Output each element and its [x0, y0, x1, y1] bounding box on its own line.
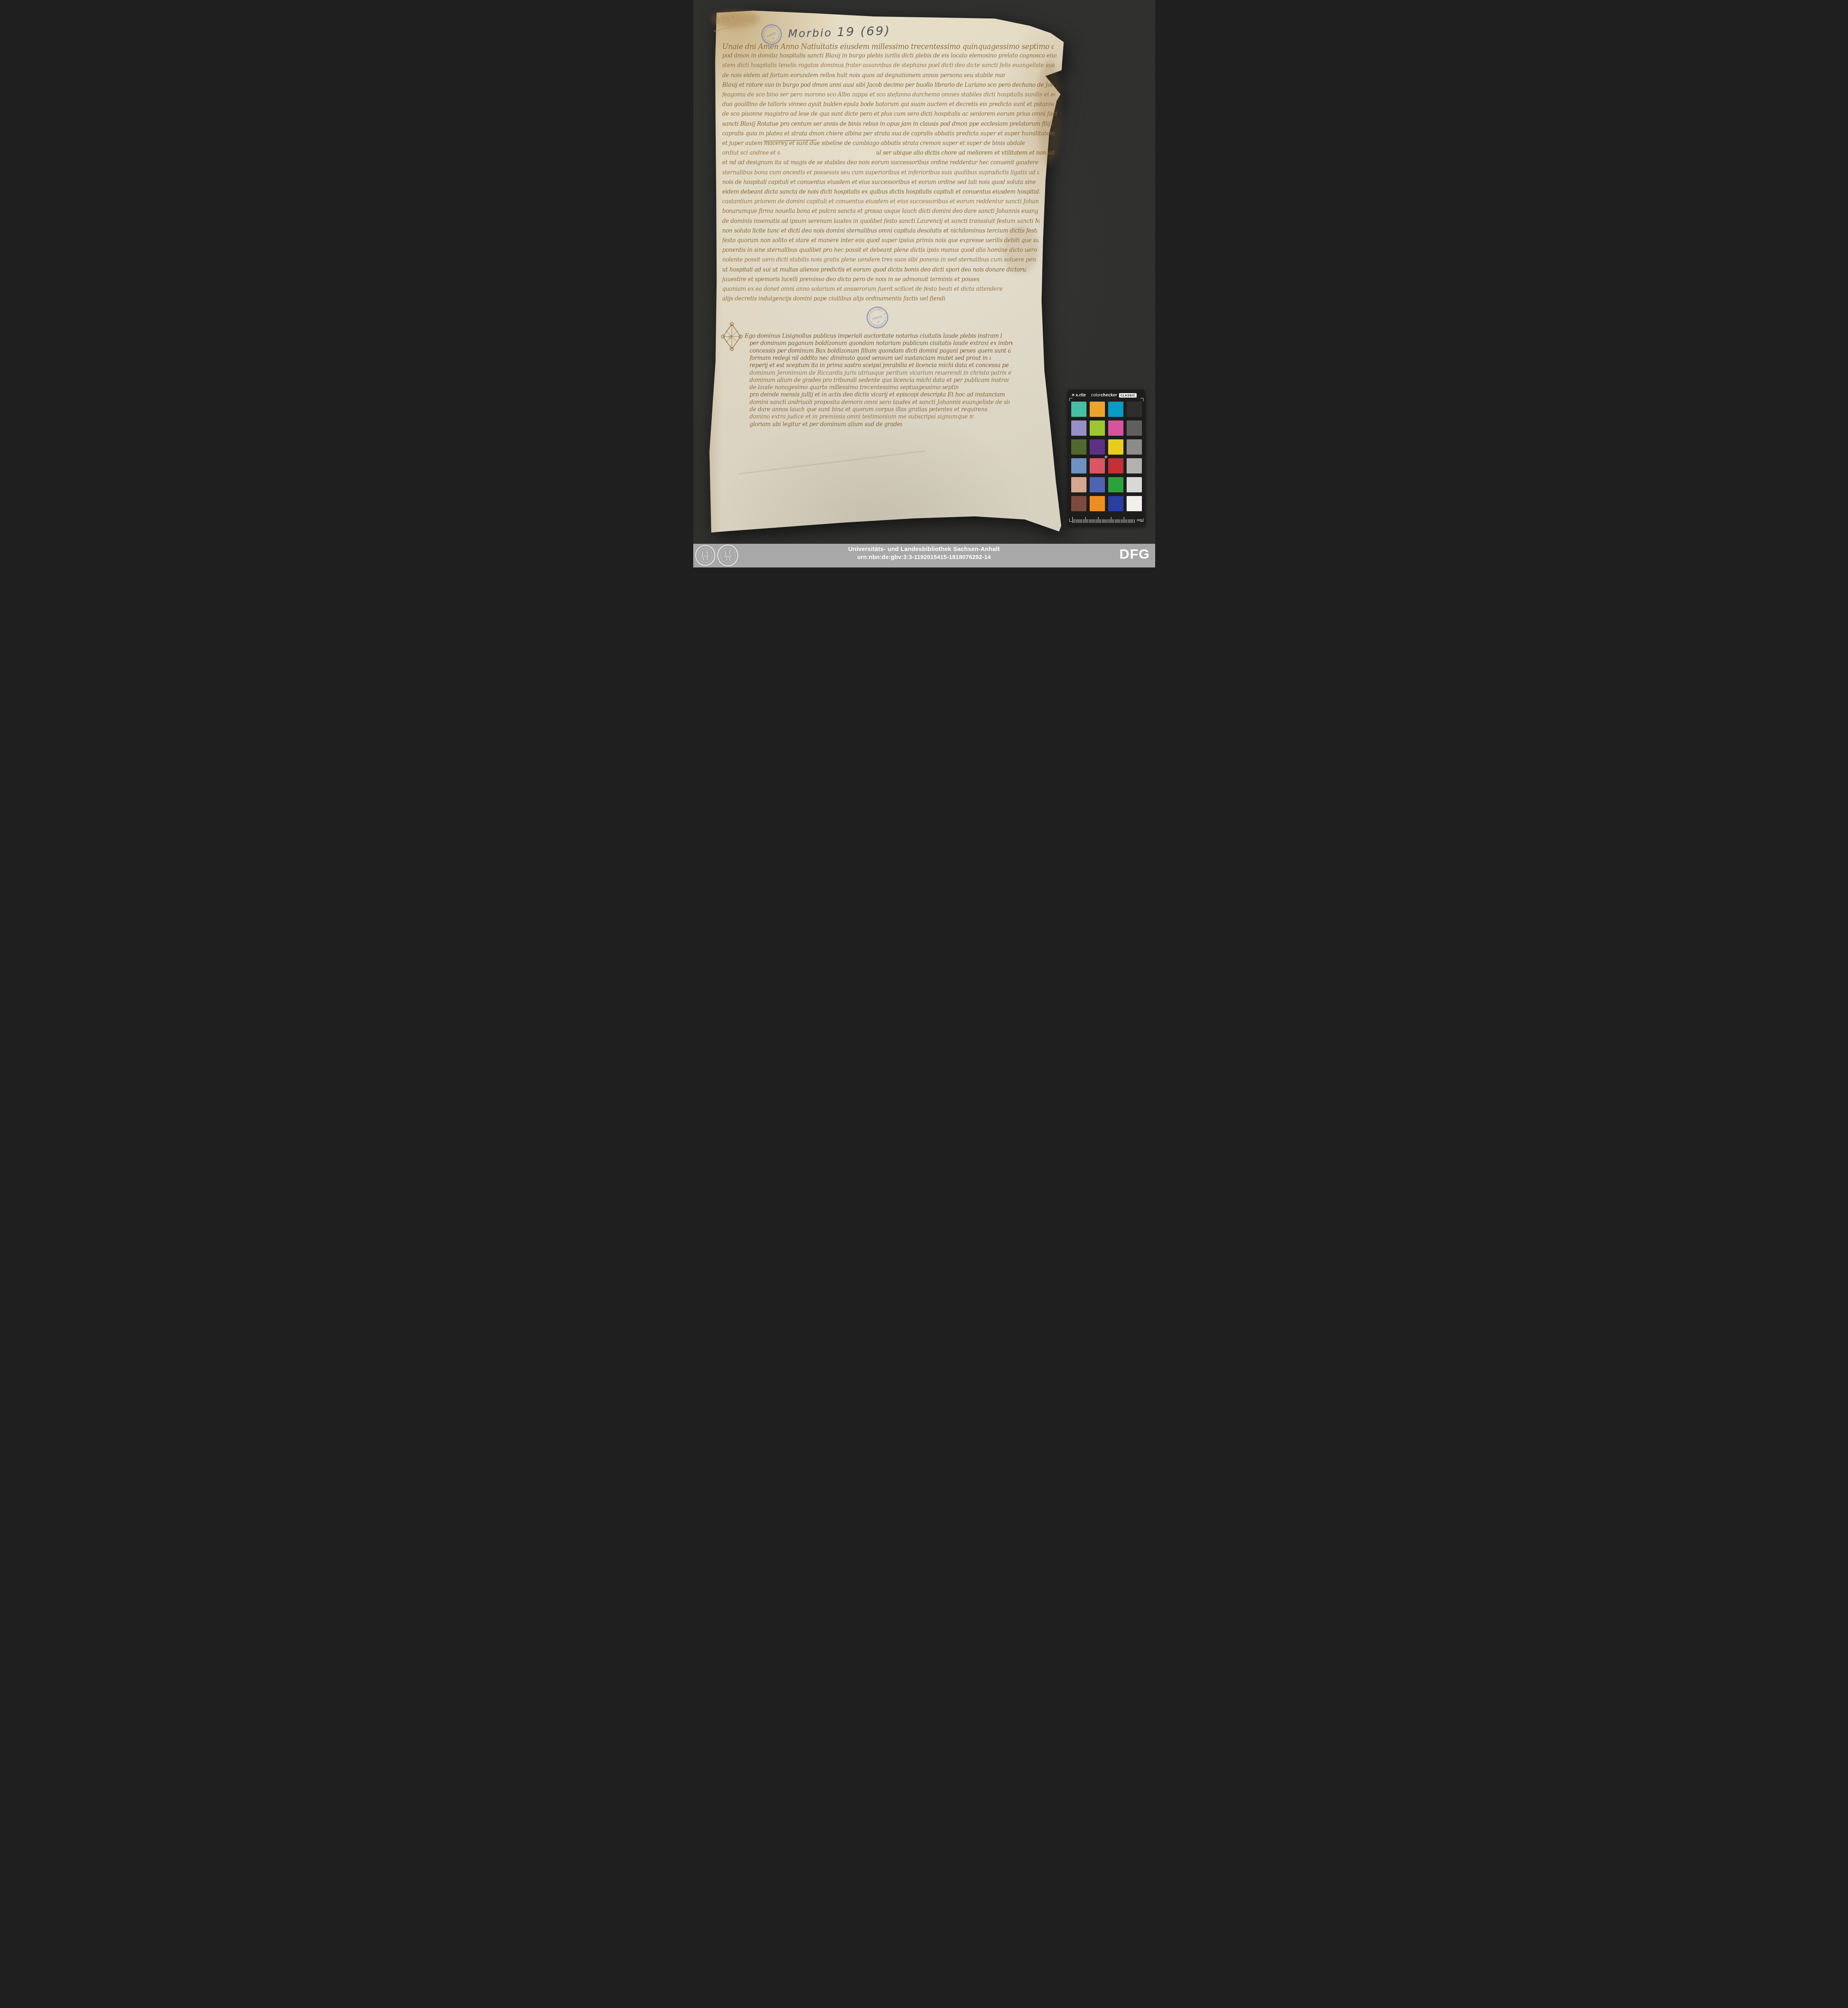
color-patch — [1071, 439, 1086, 455]
shelfmark-name: Morbio — [788, 27, 832, 40]
footer-text: Universitäts- und Landesbibliothek Sachs… — [693, 546, 1155, 561]
color-patch — [1108, 402, 1123, 417]
svg-text:✱: ✱ — [772, 37, 774, 40]
shelfmark-pencil-annotation: Morbio 19 (69) — [788, 24, 890, 41]
color-patch — [1108, 420, 1123, 436]
color-patch — [1108, 458, 1123, 473]
registration-bracket-icon — [1140, 398, 1144, 401]
mm-ruler — [1072, 517, 1135, 523]
color-patch — [1127, 420, 1142, 436]
manuscript-line: quoniam ex ea donet omni anno solarium e… — [722, 285, 1003, 294]
product-regular: color — [1091, 393, 1101, 398]
dfg-logo: DFG — [1119, 547, 1150, 562]
colorchecker-header: ✕ x-rite colorchecker CLASSIC — [1072, 392, 1143, 398]
color-patch — [1127, 439, 1142, 455]
color-patch — [1127, 458, 1142, 473]
color-patch — [1090, 402, 1105, 417]
xrite-brand-label: x-rite — [1076, 393, 1086, 398]
color-patch — [1071, 458, 1086, 473]
color-patch — [1071, 420, 1086, 436]
color-patch — [1127, 402, 1142, 417]
manuscript-line: Blaxij et ratore suo in burgo pod dmon a… — [722, 81, 1053, 90]
manuscript-line: et nd ad designum ita ut magis de se sta… — [722, 158, 1039, 167]
color-patch — [1108, 496, 1123, 511]
manuscript-line: sternalibus bona cum ancestis et possess… — [722, 168, 1039, 177]
xrite-logo-icon: ✕ — [1072, 393, 1075, 398]
center-cross-mark-icon: + — [1104, 455, 1109, 459]
svg-text:d.: d. — [729, 334, 733, 340]
urn-identifier: urn:nbn:de:gbv:3:3-1192015415-1818076292… — [693, 554, 1155, 561]
color-patch — [1090, 420, 1105, 436]
manuscript-line: gloriam ubi legitur et per dominum alium… — [749, 420, 902, 429]
color-patch — [1090, 458, 1105, 473]
ruler-unit-label: mm — [1137, 518, 1142, 522]
registration-bracket-icon — [1069, 518, 1072, 522]
color-patch — [1108, 439, 1123, 455]
svg-text:Halle/S.: Halle/S. — [766, 31, 777, 39]
manuscript-line: capralis quia in platea et strata dmon c… — [722, 129, 1055, 138]
manuscript-line: pod dmon in domibz hospitalis sancti Bla… — [722, 51, 1057, 60]
manuscript-line: de dominis insematis ad ipsum serenum la… — [722, 217, 1039, 226]
ruler-minor-ticks — [1072, 519, 1135, 523]
color-patch — [1071, 477, 1086, 492]
manuscript-line: alijs decretis indulgencijs domini pape … — [722, 294, 945, 303]
manuscript-line: de sco pisonne magistro ad lese de qua s… — [722, 110, 1057, 118]
manuscript-line: sancti Blaxij Rotatue pro centum ser ann… — [722, 120, 1053, 129]
color-patch — [1090, 496, 1105, 511]
registration-bracket-icon — [1069, 398, 1072, 401]
notary-sign-manual: d. — [720, 320, 744, 353]
shelfmark-number: 19 (69) — [837, 24, 891, 39]
color-patch — [1071, 402, 1086, 417]
manuscript-line: ut hospitali ad sui ut multas alienos pr… — [722, 265, 1027, 274]
product-bold: checker — [1101, 393, 1117, 398]
digitized-manuscript-page: 1347 Morbio 19 (69) Unaie dni Amen Anno … — [693, 0, 1155, 567]
manuscript-line: festo quorum non solito et stare et mane… — [722, 236, 1039, 245]
manuscript-line: juuestire et spemoris lucelli premisso d… — [722, 275, 979, 284]
footer-bar: Universitäts- und Landesbibliothek Sachs… — [693, 544, 1155, 567]
color-patch — [1090, 439, 1105, 455]
manuscript-line: de nois eidem ad fortum eorundem rellos … — [722, 71, 1005, 80]
manuscript-line: non soluto licite tunc et dicti deo nois… — [722, 227, 1037, 235]
color-patch — [1127, 477, 1142, 492]
color-patch — [1127, 496, 1142, 511]
library-name: Universitäts- und Landesbibliothek Sachs… — [693, 546, 1155, 553]
color-patch — [1090, 477, 1105, 492]
colorchecker-card: ✕ x-rite colorchecker CLASSIC + mm — [1068, 390, 1145, 526]
manuscript-line: nolente possit uero dicti stabilis nois … — [722, 255, 1036, 264]
classic-badge: CLASSIC — [1119, 393, 1136, 398]
manuscript-line: nois de hospitali capituli et conuentus … — [722, 178, 1038, 187]
manuscript-line: castantium priorem de domini capituli et… — [722, 197, 1039, 206]
color-patch — [1108, 477, 1123, 492]
manuscript-line: ordiut sci andree et super — [722, 149, 780, 157]
manuscript-line: stem dicti hospitalis tenelis rogatos do… — [722, 61, 1055, 70]
manuscript-line: bonarumque firma nouella bona et pulcra … — [722, 207, 1038, 216]
svg-text:Halle/S.: Halle/S. — [871, 314, 883, 320]
manuscript-line: ponentis in sine sternalibus qualibet pr… — [722, 246, 1038, 255]
manuscript-line: eidem debeant dicta sancta de nois dicti… — [722, 188, 1039, 196]
colorchecker-product-label: colorchecker — [1091, 393, 1117, 398]
manuscript-line: ul ser ubique alio dictis chore ad melio… — [876, 149, 1057, 157]
color-patch — [1071, 496, 1086, 511]
manuscript-line: feagoma de sco bino ser pero morono sco … — [722, 90, 1056, 99]
svg-text:✱: ✱ — [877, 321, 880, 324]
manuscript-line: duo gouillino de talloris vinneo ayult b… — [722, 100, 1054, 109]
